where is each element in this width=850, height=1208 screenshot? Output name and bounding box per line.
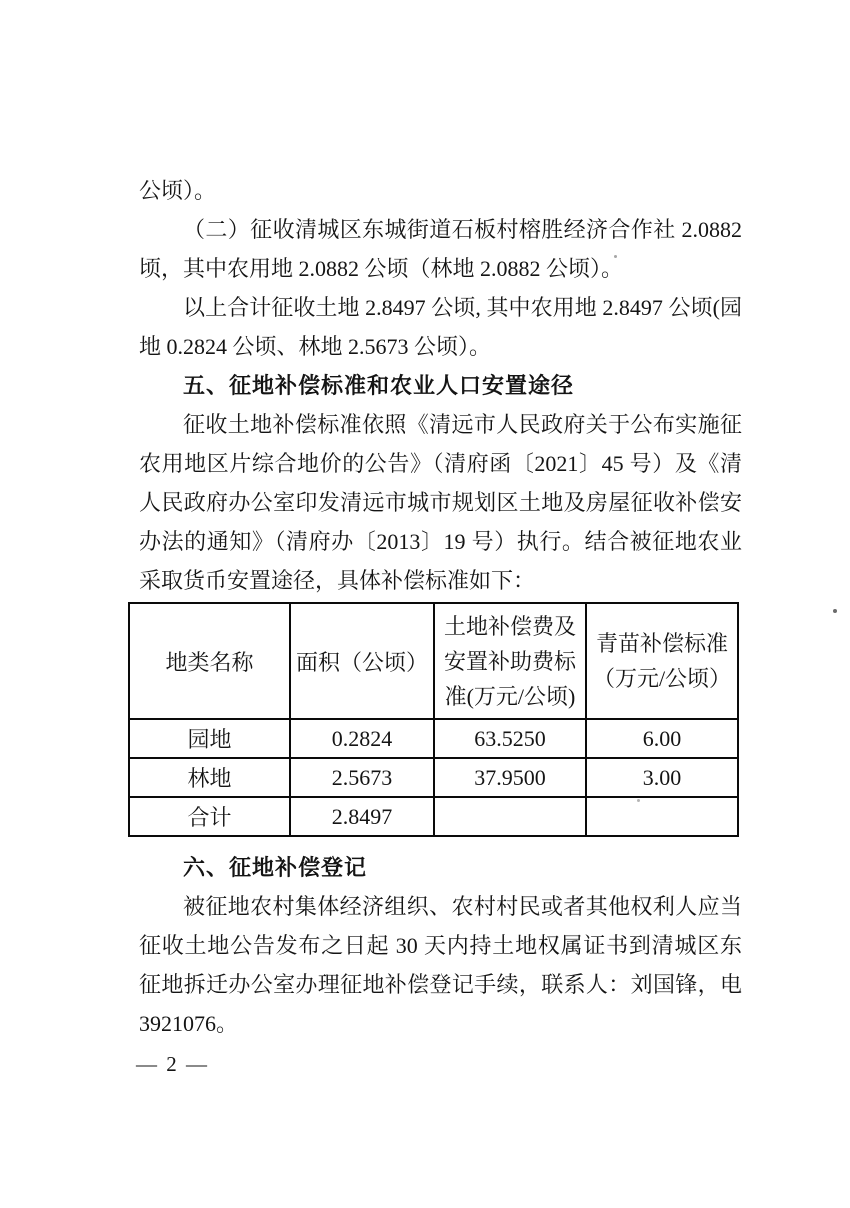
header-line: 土地补偿费及 (435, 609, 585, 644)
cell-crop: 6.00 (586, 719, 738, 758)
header-land-type: 地类名称 (129, 603, 290, 719)
cell-compensation: 63.5250 (434, 719, 586, 758)
paragraph-line: 采取货币安置途径，具体补偿标准如下： (139, 561, 742, 600)
cell-land-type: 合计 (129, 797, 290, 836)
paragraph-line: 征收土地公告发布之日起 30 天内持土地权属证书到清城区东城街 (139, 926, 742, 965)
header-area: 面积（公顷） (290, 603, 434, 719)
paragraph-line: 征地拆迁办公室办理征地补偿登记手续，联系人：刘国锋，电话： (139, 965, 742, 1004)
section-6-heading: 六、征地补偿登记 (139, 848, 742, 887)
paragraph-line: 人民政府办公室印发清远市城市规划区土地及房屋征收补偿安置 (139, 483, 742, 522)
header-line: 准(万元/公顷) (435, 679, 585, 714)
cell-area: 2.5673 (290, 758, 434, 797)
header-line: 青苗补偿标准 (587, 626, 737, 661)
cell-land-type: 林地 (129, 758, 290, 797)
cell-crop: 3.00 (586, 758, 738, 797)
header-compensation-standard: 土地补偿费及 安置补助费标 准(万元/公顷) (434, 603, 586, 719)
compensation-standards-table: 地类名称 面积（公顷） 土地补偿费及 安置补助费标 准(万元/公顷) 青苗补偿标… (128, 602, 739, 837)
scan-speck (637, 799, 640, 802)
paragraph-line: （二）征收清城区东城街道石板村榕胜经济合作社 2.0882 公 (139, 210, 742, 249)
table-row-total: 合计 2.8497 (129, 797, 738, 836)
table-header-row: 地类名称 面积（公顷） 土地补偿费及 安置补助费标 准(万元/公顷) 青苗补偿标… (129, 603, 738, 719)
paragraph-line: 公顷）。 (139, 171, 742, 210)
paragraph-line: 办法的通知》（清府办〔2013〕19 号）执行。结合被征地农业人员 (139, 522, 742, 561)
cell-area: 0.2824 (290, 719, 434, 758)
cell-land-type: 园地 (129, 719, 290, 758)
header-crop-compensation: 青苗补偿标准 （万元/公顷） (586, 603, 738, 719)
cell-compensation: 37.9500 (434, 758, 586, 797)
cell-crop (586, 797, 738, 836)
paragraph-line: 地 0.2824 公顷、林地 2.5673 公顷）。 (139, 327, 742, 366)
cell-area: 2.8497 (290, 797, 434, 836)
paragraph-line: 征收土地补偿标准依照《清远市人民政府关于公布实施征收 (139, 405, 742, 444)
scan-speck (614, 255, 617, 258)
paragraph-line: 3921076。 (139, 1004, 742, 1043)
paragraph-line: 农用地区片综合地价的公告》（清府函〔2021〕45 号）及《清远市 (139, 444, 742, 483)
paragraph-line: 以上合计征收土地 2.8497 公顷, 其中农用地 2.8497 公顷(园 (139, 288, 742, 327)
page-number: — 2 — (136, 1052, 209, 1077)
document-body: 公顷）。 （二）征收清城区东城街道石板村榕胜经济合作社 2.0882 公 顷，其… (139, 171, 742, 1043)
table-row: 园地 0.2824 63.5250 6.00 (129, 719, 738, 758)
scanned-document-page: 公顷）。 （二）征收清城区东城街道石板村榕胜经济合作社 2.0882 公 顷，其… (0, 0, 850, 1208)
table-row: 林地 2.5673 37.9500 3.00 (129, 758, 738, 797)
header-line: （万元/公顷） (587, 661, 737, 696)
paragraph-line: 被征地农村集体经济组织、农村村民或者其他权利人应当在 (139, 887, 742, 926)
scan-speck (833, 609, 837, 613)
cell-compensation (434, 797, 586, 836)
paragraph-line: 顷，其中农用地 2.0882 公顷（林地 2.0882 公顷）。 (139, 249, 742, 288)
header-line: 安置补助费标 (435, 644, 585, 679)
section-5-heading: 五、征地补偿标准和农业人口安置途径 (139, 366, 742, 405)
